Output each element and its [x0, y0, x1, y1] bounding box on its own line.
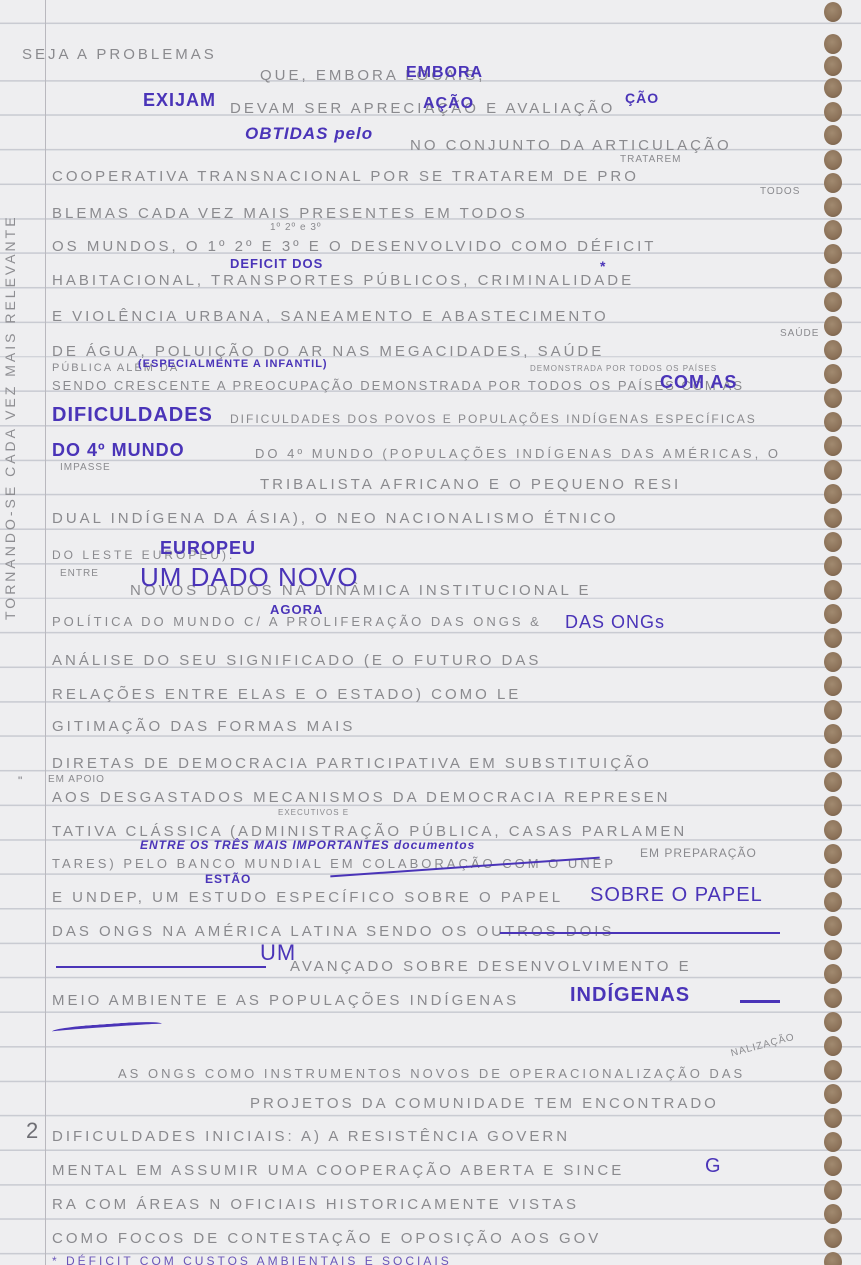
superscript-note: NALIZAÇÃO — [730, 1032, 796, 1060]
spiral-hole — [824, 676, 842, 696]
spiral-hole — [824, 292, 842, 312]
pen-annotation: COM AS — [660, 372, 737, 393]
superscript-note: TRATAREM — [620, 154, 682, 165]
spiral-hole — [824, 556, 842, 576]
pen-annotation: INDÍGENAS — [570, 984, 690, 1007]
spiral-hole — [824, 628, 842, 648]
text-line: que, embora locais, — [260, 67, 861, 84]
text-line: análise do seu significado (e o futuro d… — [52, 652, 822, 669]
text-line: * déficit com custos ambientais e sociai… — [52, 1254, 822, 1265]
superscript-note: ENTRE — [60, 568, 99, 579]
superscript-note: 1º 2º e 3º — [270, 222, 322, 233]
margin-line — [45, 0, 46, 1265]
text-line: dificuldades iniciais: a) a resistência … — [52, 1128, 822, 1145]
spiral-hole — [824, 940, 842, 960]
spiral-hole — [824, 1204, 842, 1224]
text-line: ra com áreas n oficiais historicamente v… — [52, 1196, 822, 1213]
pen-annotation: (ESPECIALMENTE A INFANTIL) — [138, 358, 328, 370]
pen-annotation: OBTIDAS pelo — [245, 124, 373, 144]
spiral-hole — [824, 1012, 842, 1032]
text-line: e violência urbana, saneamento e abastec… — [52, 308, 822, 325]
spiral-hole — [824, 748, 842, 768]
text-line: cooperativa transnacional por se tratare… — [52, 168, 822, 185]
spiral-hole — [824, 1156, 842, 1176]
superscript-note: EM PREPARAÇÃO — [640, 846, 757, 860]
text-line: política do mundo c/ a proliferação das … — [52, 614, 822, 629]
spiral-hole — [824, 916, 842, 936]
text-line: avançado sobre desenvolvimento e — [290, 958, 861, 975]
superscript-note: EM APOIO — [48, 774, 105, 785]
spiral-hole — [824, 34, 842, 54]
spiral-hole — [824, 2, 842, 22]
spiral-hole — [824, 388, 842, 408]
pen-annotation: SOBRE O PAPEL — [590, 884, 763, 907]
text-line: relações entre elas e o estado) como le — [52, 686, 822, 703]
pen-annotation: ENTRE OS TRÊS MAIS IMPORTANTES documento… — [140, 838, 475, 852]
pen-scribble — [52, 1020, 162, 1037]
pen-annotation: EXIJAM — [143, 90, 216, 111]
spiral-hole — [824, 340, 842, 360]
text-line: diretas de democracia participativa em s… — [52, 755, 822, 772]
pen-annotation: G — [705, 1155, 722, 1178]
pen-strikethrough — [56, 966, 266, 968]
text-line: os mundos, o 1º 2º e 3º e o desenvolvido… — [52, 238, 822, 255]
spiral-hole — [824, 796, 842, 816]
pen-annotation: EMBORA — [406, 64, 483, 82]
spiral-hole — [824, 197, 842, 217]
text-line: como focos de contestação e oposição aos… — [52, 1230, 822, 1247]
pen-strikethrough — [500, 932, 780, 934]
spiral-hole — [824, 316, 842, 336]
text-line: Seja a problemas — [22, 46, 792, 63]
spiral-hole — [824, 892, 842, 912]
spiral-hole — [824, 1180, 842, 1200]
spiral-hole — [824, 700, 842, 720]
superscript-note: SAÚDE — [780, 328, 819, 339]
pen-annotation: DEFICIT DOS — [230, 256, 323, 271]
margin-quote-mark: " — [18, 774, 22, 788]
spiral-hole — [824, 244, 842, 264]
text-line: habitacional, transportes públicos, crim… — [52, 272, 822, 289]
text-line: aos desgastados mecanismos da democracia… — [52, 789, 822, 806]
margin-vertical-note: Tornando-se cada vez mais relevante — [2, 60, 18, 620]
spiral-hole — [824, 220, 842, 240]
pen-annotation: AÇÃO — [423, 95, 474, 113]
superscript-note: EXECUTIVOS E — [278, 808, 349, 817]
spiral-hole — [824, 1132, 842, 1152]
spiral-hole — [824, 1252, 842, 1265]
spiral-hole — [824, 1036, 842, 1056]
pen-annotation: ÇÃO — [625, 90, 659, 106]
superscript-note: TODOS — [760, 186, 800, 197]
text-line: blemas cada vez mais presentes em todos — [52, 205, 822, 222]
spiral-hole — [824, 364, 842, 384]
spiral-hole — [824, 820, 842, 840]
pen-annotation: DIFICULDADES — [52, 404, 213, 427]
text-line: projetos da comunidade tem encontrado — [250, 1095, 861, 1112]
spiral-hole — [824, 724, 842, 744]
pen-annotation: EUROPEU — [160, 538, 256, 559]
pen-strikethrough — [740, 1000, 780, 1003]
spiral-hole — [824, 772, 842, 792]
spiral-hole — [824, 868, 842, 888]
text-line: do 4º mundo (populações indígenas das Am… — [255, 446, 861, 461]
pen-annotation: UM — [260, 940, 296, 966]
spiral-hole — [824, 532, 842, 552]
text-line: dificuldades dos povos e populações indí… — [230, 412, 861, 426]
text-line: As ONGs como instrumentos novos de opera… — [118, 1066, 861, 1081]
text-line: devam ser apreciação e avaliação — [230, 100, 861, 117]
text-line: tribalista africano e o pequeno resi — [260, 476, 861, 493]
text-line: meio ambiente e as populações indígenas — [52, 992, 822, 1009]
spiral-hole — [824, 652, 842, 672]
margin-page-number: 2 — [26, 1118, 38, 1144]
notebook-page: Tornando-se cada vez mais relevante " 2 — [0, 0, 861, 1265]
spiral-hole — [824, 1228, 842, 1248]
text-line: dual indígena da Ásia), o neo nacionalis… — [52, 510, 822, 527]
pen-annotation: DO 4º MUNDO — [52, 440, 185, 461]
pen-annotation: AGORA — [270, 602, 323, 617]
spiral-hole — [824, 508, 842, 528]
spiral-hole — [824, 988, 842, 1008]
pen-annotation: UM DADO NOVO — [140, 562, 359, 593]
superscript-note: IMPASSE — [60, 462, 111, 473]
spiral-hole — [824, 844, 842, 864]
spiral-hole — [824, 268, 842, 288]
text-line: no conjunto da articulação — [410, 137, 861, 154]
pen-annotation: DAS ONGs — [565, 612, 665, 633]
pen-annotation: ESTÃO — [205, 872, 251, 886]
pen-annotation: * — [600, 258, 606, 274]
spiral-hole — [824, 604, 842, 624]
text-line: gitimação das formas mais — [52, 718, 822, 735]
spiral-hole — [824, 173, 842, 193]
